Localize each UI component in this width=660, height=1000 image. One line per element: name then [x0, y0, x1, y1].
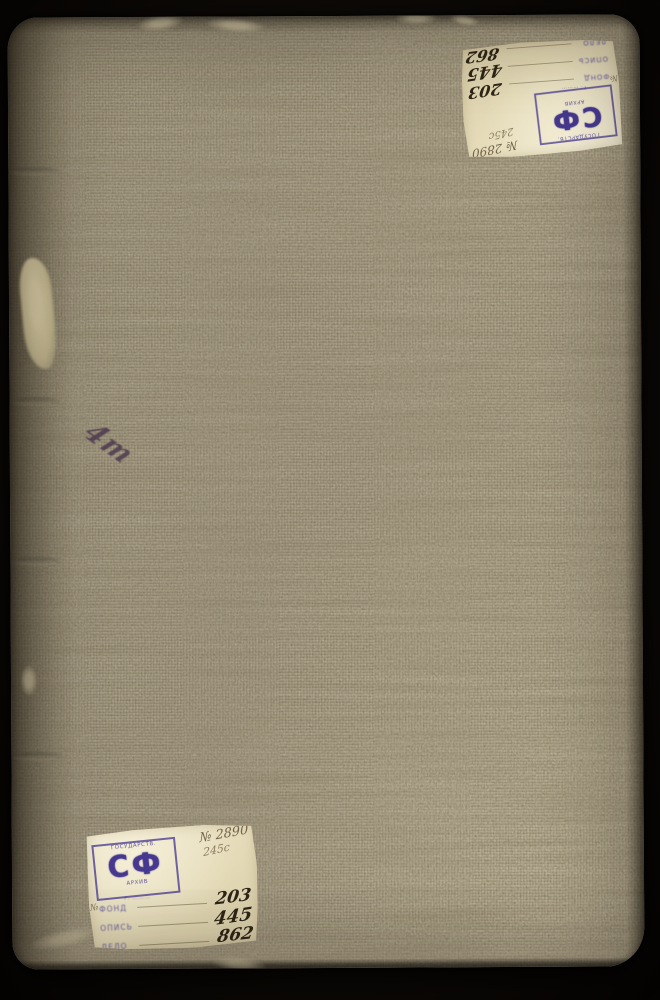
archive-label-top: ГОСУДАРСТВ. СФ АРХИВ г. ……… № 2890 245с …	[458, 35, 624, 160]
rule-line	[509, 79, 575, 92]
margin-mark: №	[609, 72, 618, 82]
rule-line	[506, 43, 572, 56]
archive-label-bottom: ГОСУДАРСТВ. СФ АРХИВ г. ……… № 2890 245с …	[85, 822, 262, 954]
right-edge-shadow	[622, 14, 645, 966]
spine-small-wear	[21, 666, 37, 696]
margin-mark: №	[90, 903, 100, 914]
top-edge-shadow	[8, 14, 640, 33]
book-cover: 4т ГОСУДАРСТВ. СФ АРХИВ г. ……… № 2890 24…	[8, 14, 645, 969]
rule-line	[139, 933, 209, 946]
opis-label: Опись	[574, 55, 608, 66]
spine	[8, 17, 77, 969]
rule-line	[138, 914, 208, 927]
rule-line	[137, 895, 207, 908]
label-form-rows: Фонд 203 Опись 445 Дело 862	[98, 886, 253, 952]
fond-label: Фонд	[576, 72, 610, 83]
rule-line	[508, 61, 574, 74]
